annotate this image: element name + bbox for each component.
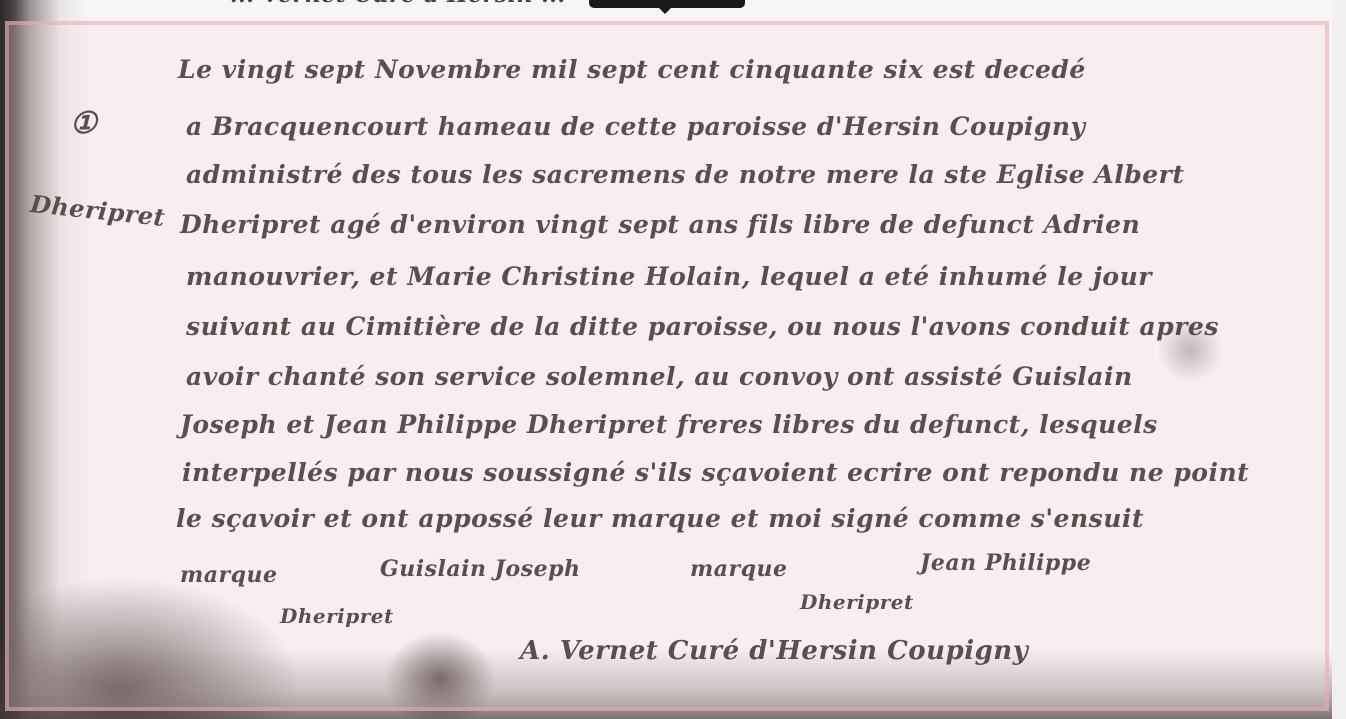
tooltip-arrow-icon	[659, 8, 671, 14]
tooltip	[589, 0, 745, 8]
scan-right-margin	[1332, 0, 1346, 719]
region-selection-overlay[interactable]	[5, 21, 1329, 711]
previous-entry-fragment: ... Vernet Curé d'Hersin ...	[230, 0, 566, 8]
